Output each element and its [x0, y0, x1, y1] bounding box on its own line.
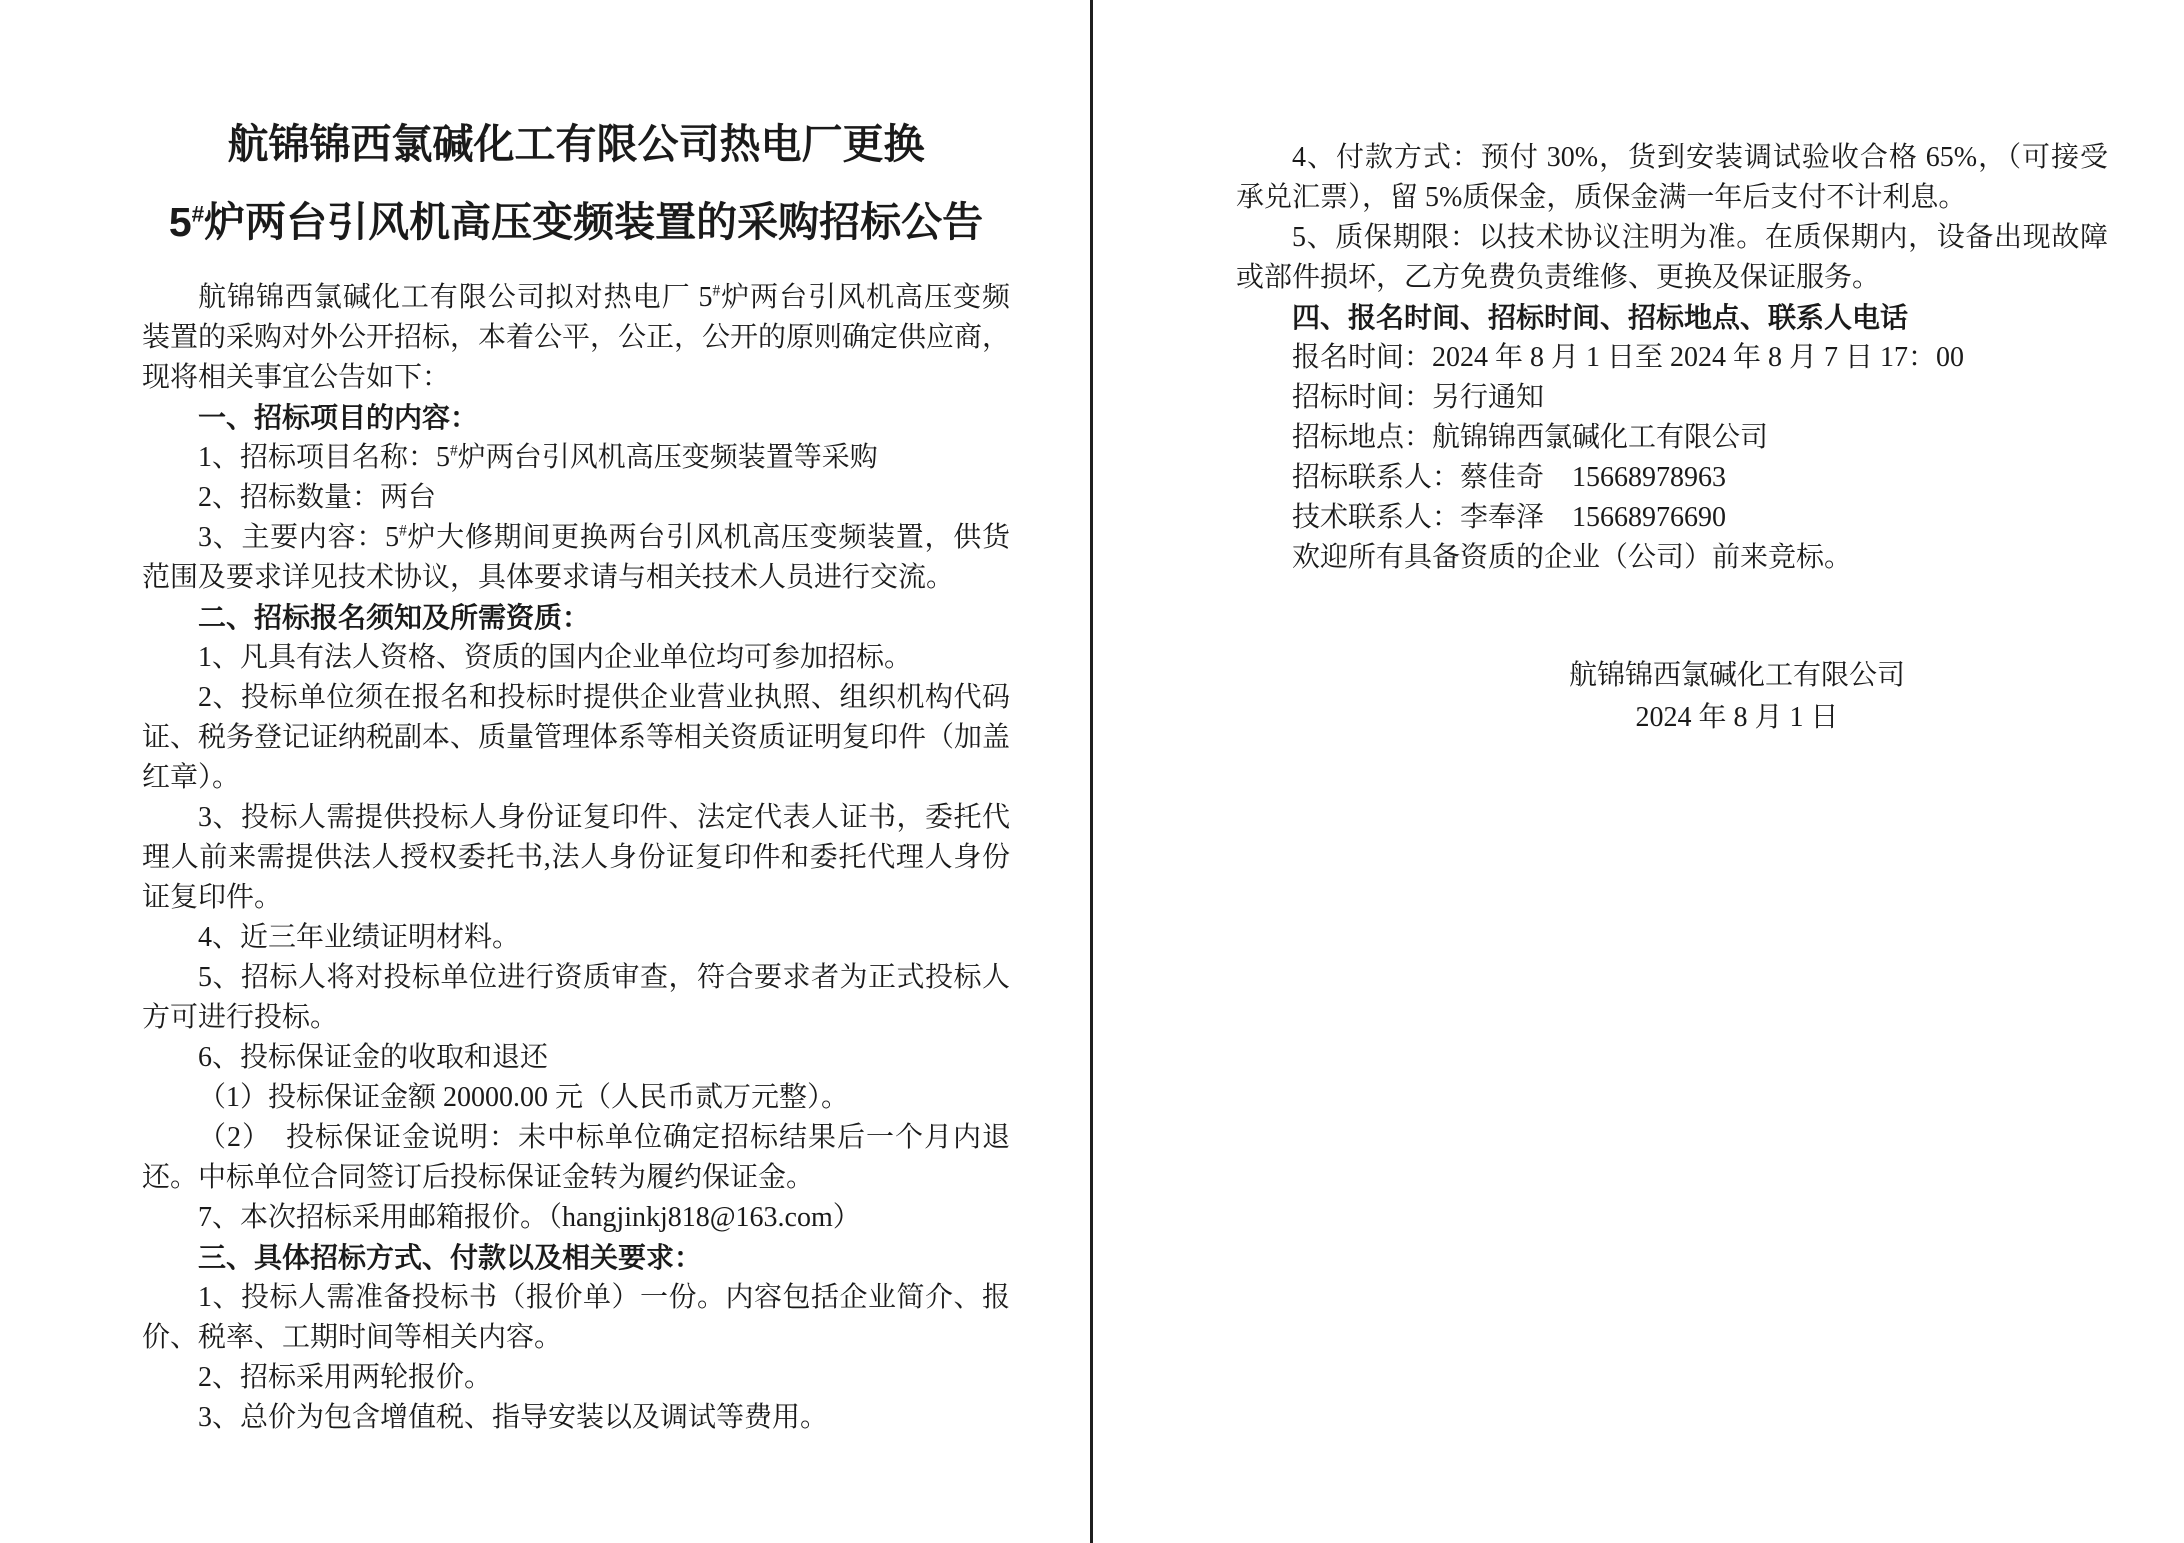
paragraph: 二、招标报名须知及所需资质：	[142, 598, 1010, 638]
paragraph: 招标联系人：蔡佳奇 15668978963	[1236, 458, 2108, 498]
paragraph: 航锦锦西氯碱化工有限公司拟对热电厂 5#炉两台引风机高压变频装置的采购对外公开招…	[142, 278, 1010, 398]
paragraph: 1、凡具有法人资格、资质的国内企业单位均可参加招标。	[142, 638, 1010, 678]
paragraph: 四、报名时间、招标时间、招标地点、联系人电话	[1236, 298, 2108, 338]
paragraph: 2、招标数量：两台	[142, 478, 1010, 518]
paragraph: 7、本次招标采用邮箱报价。（hangjinkj818@163.com）	[142, 1198, 1010, 1238]
paragraph: 招标时间：另行通知	[1236, 378, 2108, 418]
paragraph: 1、招标项目名称：5#炉两台引风机高压变频装置等采购	[142, 438, 1010, 478]
paragraph: 3、总价为包含增值税、指导安装以及调试等费用。	[142, 1398, 1010, 1438]
document-title: 航锦锦西氯碱化工有限公司热电厂更换 5#炉两台引风机高压变频装置的采购招标公告	[142, 105, 1010, 261]
paragraph: （1）投标保证金额 20000.00 元（人民币贰万元整）。	[142, 1078, 1010, 1118]
paragraph: 1、投标人需准备投标书（报价单）一份。内容包括企业简介、报价、税率、工期时间等相…	[142, 1278, 1010, 1358]
paragraph: 报名时间：2024 年 8 月 1 日至 2024 年 8 月 7 日 17：0…	[1236, 338, 2108, 378]
paragraph: 技术联系人：李奉泽 15668976690	[1236, 498, 2108, 538]
paragraph: 招标地点：航锦锦西氯碱化工有限公司	[1236, 418, 2108, 458]
paragraph: 5、招标人将对投标单位进行资质审查，符合要求者为正式投标人方可进行投标。	[142, 958, 1010, 1038]
signature-company: 航锦锦西氯碱化工有限公司	[1487, 655, 1987, 697]
page-1: 航锦锦西氯碱化工有限公司热电厂更换 5#炉两台引风机高压变频装置的采购招标公告 …	[142, 105, 1010, 1438]
paragraph: 4、付款方式：预付 30%，货到安装调试验收合格 65%，（可接受承兑汇票），留…	[1236, 138, 2108, 218]
paragraph: 3、投标人需提供投标人身份证复印件、法定代表人证书，委托代理人前来需提供法人授权…	[142, 798, 1010, 918]
signature-date: 2024 年 8 月 1 日	[1487, 697, 1987, 739]
paragraph: 4、近三年业绩证明材料。	[142, 918, 1010, 958]
paragraph: 欢迎所有具备资质的企业（公司）前来竞标。	[1236, 538, 2108, 578]
page-2: 4、付款方式：预付 30%，货到安装调试验收合格 65%，（可接受承兑汇票），留…	[1236, 138, 2108, 739]
paragraph: 3、主要内容：5#炉大修期间更换两台引风机高压变频装置，供货范围及要求详见技术协…	[142, 518, 1010, 598]
signature-block: 航锦锦西氯碱化工有限公司 2024 年 8 月 1 日	[1487, 655, 1987, 739]
paragraph: 6、投标保证金的收取和退还	[142, 1038, 1010, 1078]
paragraph: 2、招标采用两轮报价。	[142, 1358, 1010, 1398]
paragraph: 三、具体招标方式、付款以及相关要求：	[142, 1238, 1010, 1278]
paragraph: 一、招标项目的内容：	[142, 398, 1010, 438]
document-title-line-1: 航锦锦西氯碱化工有限公司热电厂更换	[142, 105, 1010, 183]
paragraph: 5、质保期限：以技术协议注明为准。在质保期内，设备出现故障或部件损坏，乙方免费负…	[1236, 218, 2108, 298]
paragraph: （2） 投标保证金说明：未中标单位确定招标结果后一个月内退还。中标单位合同签订后…	[142, 1118, 1010, 1198]
page-1-body: 航锦锦西氯碱化工有限公司拟对热电厂 5#炉两台引风机高压变频装置的采购对外公开招…	[142, 278, 1010, 1438]
page-divider	[1090, 0, 1093, 1543]
page-2-body: 4、付款方式：预付 30%，货到安装调试验收合格 65%，（可接受承兑汇票），留…	[1236, 138, 2108, 578]
document-title-line-2: 5#炉两台引风机高压变频装置的采购招标公告	[142, 183, 1010, 261]
document-page-spread: 航锦锦西氯碱化工有限公司热电厂更换 5#炉两台引风机高压变频装置的采购招标公告 …	[0, 0, 2184, 1543]
paragraph: 2、投标单位须在报名和投标时提供企业营业执照、组织机构代码证、税务登记证纳税副本…	[142, 678, 1010, 798]
